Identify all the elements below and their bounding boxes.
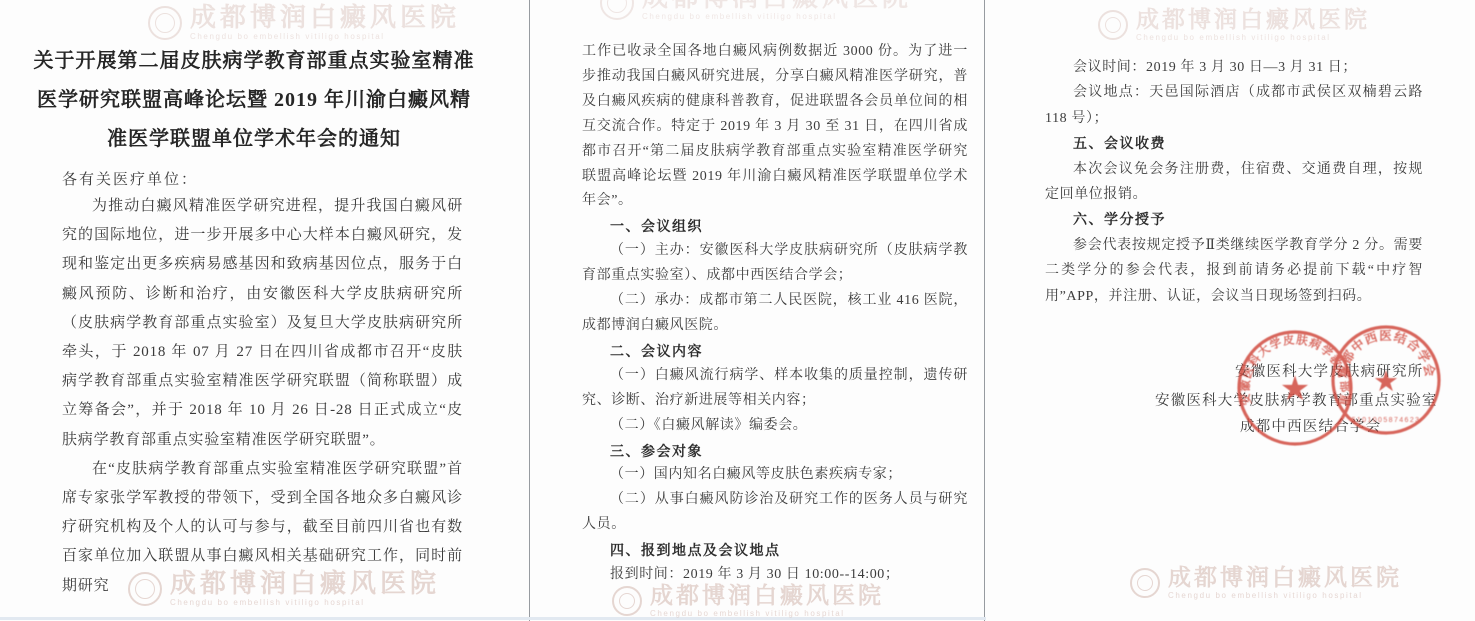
- page1-body: 为推动白癜风精准医学研究进程，提升我国白癜风研究的国际地位，进一步开展多中心大样…: [62, 192, 463, 601]
- hospital-logo-icon: [148, 6, 182, 40]
- scan-edge-artifact: [0, 617, 986, 620]
- heading-registration-location: 四、报到地点及会议地点: [582, 538, 968, 563]
- heading-participants: 三、参会对象: [582, 439, 968, 464]
- item-participants-1: （一）国内知名白癜风等皮肤色素疾病专家；: [582, 463, 968, 488]
- hospital-watermark: 成都博润白癜风医院Chengdu bo embellish vitiligo h…: [1130, 566, 1402, 600]
- document-scan: 成都博润白癜风医院Chengdu bo embellish vitiligo h…: [0, 0, 1475, 621]
- meeting-place: 会议地点：天邑国际酒店（成都市武侯区双楠碧云路 118 号）；: [1045, 80, 1423, 131]
- title-line-2: 医学研究联盟高峰论坛暨 2019 年川渝白癜风精: [30, 81, 478, 120]
- credit-text: 参会代表按规定授予Ⅱ类继续医学教育学分 2 分。需要二类学分的参会代表，报到前请…: [1045, 233, 1423, 309]
- meeting-time: 会议时间：2019 年 3 月 30 日—3 月 31 日；: [1045, 55, 1423, 80]
- registration-time: 报到时间：2019 年 3 月 30 日 10:00--14:00；: [582, 563, 968, 588]
- hospital-logo-icon: [1098, 10, 1128, 40]
- title-line-1: 关于开展第二届皮肤病学教育部重点实验室精准: [30, 42, 478, 81]
- para-alliance: 在“皮肤病学教育部重点实验室精准医学研究联盟”首席专家张学军教授的带领下，受到全…: [62, 455, 463, 601]
- watermark-subtext: Chengdu bo embellish vitiligo hospital: [1168, 592, 1402, 600]
- official-seals: ★ 安徽医科大学皮肤病学教育部重点实验室 ★ 成都中西医结合学会 5101005…: [1222, 318, 1457, 463]
- para-intro: 为推动白癜风精准医学研究进程，提升我国白癜风研究的国际地位，进一步开展多中心大样…: [62, 192, 463, 455]
- hospital-logo-icon: [612, 586, 642, 616]
- item-content-1: （一）白癜风流行病学、样本收集的质量控制，遗传研究、诊断、治疗新进展等相关内容；: [582, 364, 968, 414]
- salutation: 各有关医疗单位：: [62, 168, 198, 189]
- title-line-3: 准医学联盟单位学术年会的通知: [30, 120, 478, 159]
- watermark-subtext: Chengdu bo embellish vitiligo hospital: [642, 13, 912, 21]
- fee-text: 本次会议免会务注册费，住宿费、交通费自理，按规定回单位报销。: [1045, 157, 1423, 208]
- watermark-subtext: Chengdu bo embellish vitiligo hospital: [1136, 34, 1370, 42]
- page-divider-1: [529, 0, 530, 621]
- watermark-text: 成都博润白癜风医院: [1168, 566, 1402, 589]
- item-organizer: （二）承办：成都市第二人民医院，核工业 416 医院，成都博润白癜风医院。: [582, 289, 968, 339]
- hospital-watermark: 成都博润白癜风医院Chengdu bo embellish vitiligo h…: [612, 584, 884, 618]
- hospital-watermark: 成都博润白癜风医院Chengdu bo embellish vitiligo h…: [600, 0, 912, 21]
- watermark-text: 成都博润白癜风医院: [642, 0, 912, 10]
- hospital-logo-icon: [1130, 568, 1160, 598]
- hospital-logo-icon: [600, 0, 634, 20]
- item-participants-2: （二）从事白癜风防诊治及研究工作的医务人员与研究人员。: [582, 488, 968, 538]
- watermark-text: 成都博润白癜风医院: [190, 4, 460, 30]
- seal-registration-number: 5101005874623: [1352, 417, 1421, 424]
- heading-credits: 六、学分授予: [1045, 207, 1423, 232]
- item-host: （一）主办：安徽医科大学皮肤病研究所（皮肤病学教育部重点实验室）、成都中西医结合…: [582, 239, 968, 289]
- page-3: 会议时间：2019 年 3 月 30 日—3 月 31 日； 会议地点：天邑国际…: [1045, 55, 1423, 309]
- item-content-2: （二）《白癜风解读》编委会。: [582, 414, 968, 439]
- hospital-watermark: 成都博润白癜风医院Chengdu bo embellish vitiligo h…: [148, 4, 460, 41]
- heading-meeting-organization: 一、会议组织: [582, 214, 968, 239]
- page-divider-2: [984, 0, 985, 621]
- seal-star-icon: ★: [1280, 371, 1310, 408]
- document-title: 关于开展第二届皮肤病学教育部重点实验室精准 医学研究联盟高峰论坛暨 2019 年…: [30, 42, 478, 159]
- watermark-text: 成都博润白癜风医院: [1136, 8, 1370, 31]
- watermark-subtext: Chengdu bo embellish vitiligo hospital: [190, 33, 460, 41]
- page-2: 工作已收录全国各地白癜风病例数据近 3000 份。为了进一步推动我国白癜风研究进…: [582, 40, 968, 588]
- hospital-watermark: 成都博润白癜风医院Chengdu bo embellish vitiligo h…: [1098, 8, 1370, 42]
- heading-meeting-fee: 五、会议收费: [1045, 131, 1423, 156]
- heading-meeting-content: 二、会议内容: [582, 339, 968, 364]
- seal-star-icon: ★: [1373, 366, 1399, 398]
- para-continuation: 工作已收录全国各地白癜风病例数据近 3000 份。为了进一步推动我国白癜风研究进…: [582, 40, 968, 214]
